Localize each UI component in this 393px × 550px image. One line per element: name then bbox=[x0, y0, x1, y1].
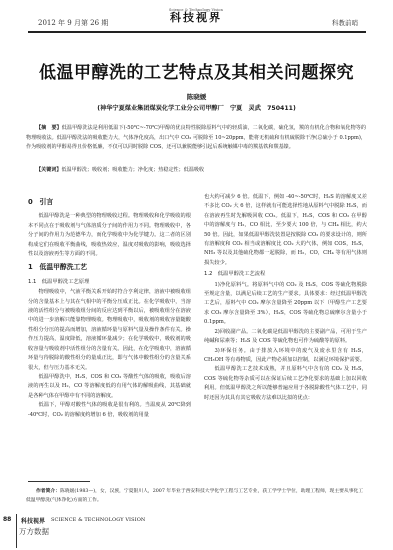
paragraph: 2)回收副产品。二氧化碳是低温甲醇洗的主要副产品，可用于生产纯碱和尿素等；H₂S… bbox=[204, 328, 367, 347]
footnote-text: 陈晓媛(1983—)，女，汉族，宁夏银川人，2007 年毕业于西安科技大学化学工… bbox=[26, 489, 363, 503]
author-bio-footnote: 作者简介：陈晓媛(1983—)，女，汉族，宁夏银川人，2007 年毕业于西安科技… bbox=[26, 487, 366, 505]
footer-divider bbox=[16, 514, 17, 548]
keywords: 【关键词】低温甲醇洗；吸收剂；吸收能力；净化度；热稳定性；低温吸收 bbox=[26, 166, 366, 175]
header-divider bbox=[28, 31, 366, 33]
section-heading-process: 1 低温甲醇洗工艺 bbox=[28, 263, 191, 272]
journal-name-cn: 科技视界 bbox=[28, 12, 364, 24]
page-footer: 88 科技视界 SCIENCE & TECHNOLOGY VISION 万方数据 bbox=[3, 512, 203, 550]
wanfang-watermark: 万方数据 bbox=[19, 526, 49, 537]
abstract-label: 【摘 要】 bbox=[36, 125, 62, 131]
paragraph: 低温甲醇洗工艺技术成熟，并且原料气中含有的 CO₂ 及 H₂S，COS 等硫化物… bbox=[204, 365, 367, 403]
section-heading-intro: 0 引言 bbox=[28, 198, 191, 207]
body-column-left: 0 引言 低温甲醇洗是一种典型的物理吸收过程。物理吸收和化学吸收的根本不同点在于… bbox=[28, 194, 191, 420]
paragraph: 低温甲醇洗是一种典型的物理吸收过程。物理吸收和化学吸收的根本不同点在于吸收剂与气… bbox=[28, 212, 191, 259]
footer-journal-en: SCIENCE & TECHNOLOGY VISION bbox=[51, 517, 145, 523]
keywords-label: 【关键词】 bbox=[36, 167, 61, 173]
journal-masthead: Science & Technology Vision 科技视界 bbox=[28, 8, 364, 24]
paragraph: 低温下，甲醇对酸性气体的吸收是很有利的。当温度从 20℃降到 -40℃时，CO₂… bbox=[28, 401, 191, 420]
footnote-label: 作者简介： bbox=[36, 488, 60, 494]
author-affiliation: (神华宁夏煤业集团煤炭化学工业分公司甲醇厂 宁夏 灵武 750411) bbox=[0, 103, 393, 112]
body-column-right: 也大约可减少 6 倍。低温下，例如 -40~-50℃时，H₂S 的溶解度又差不多… bbox=[204, 193, 367, 403]
page-header: 2012 年 9 月第 26 期 Science & Technology Vi… bbox=[28, 6, 364, 32]
paragraph: 也大约可减少 6 倍。低温下，例如 -40~-50℃时，H₂S 的溶解度又差不多… bbox=[204, 193, 367, 268]
paragraph: 低温甲醇洗中，H₂S，COS 和 CO₂ 等酸性气体的吸收，吸收后溶液的再生以及… bbox=[28, 373, 191, 401]
paragraph: 物理吸收中，气液平衡关系开始时符合亨利定律，溶液中被吸收组分的含量基本上与其在气… bbox=[28, 288, 191, 373]
subsection-heading-principle: 1.1 低温甲醇洗工艺原理 bbox=[28, 278, 191, 287]
keywords-text: 低温甲醇洗；吸收剂；吸收能力；净化度；热稳定性；低温吸收 bbox=[61, 167, 204, 173]
abstract-text: 低温甲醇洗法是利用低温下(-50℃~-70℃)甲醇的优良特性脱除原料气中的轻质油… bbox=[26, 125, 366, 150]
abstract: 【摘 要】低温甲醇洗法是利用低温下(-50℃~-70℃)甲醇的优良特性脱除原料气… bbox=[26, 124, 366, 153]
footer-journal-cn: 科技视界 bbox=[21, 516, 45, 525]
paragraph: 1)净化原料气。将原料气中的 CO₂ 及 H₂S，COS 等硫化物脱除至规定含量… bbox=[204, 281, 367, 328]
article-author: 陈晓媛 bbox=[0, 92, 393, 101]
footnote-divider bbox=[28, 481, 90, 482]
article-title: 低温甲醇洗的工艺特点及其相关问题探究 bbox=[0, 58, 393, 83]
subsection-heading-flow: 1.2 低温甲醇洗工艺流程 bbox=[204, 270, 367, 279]
column-label: 科教前哨 bbox=[332, 18, 358, 27]
page-number: 88 bbox=[3, 516, 11, 523]
paragraph: 3)环保任务。由于排放入环境中的废气及废水里含有 H₂S，CH₃OH 等有毒物质… bbox=[204, 347, 367, 366]
